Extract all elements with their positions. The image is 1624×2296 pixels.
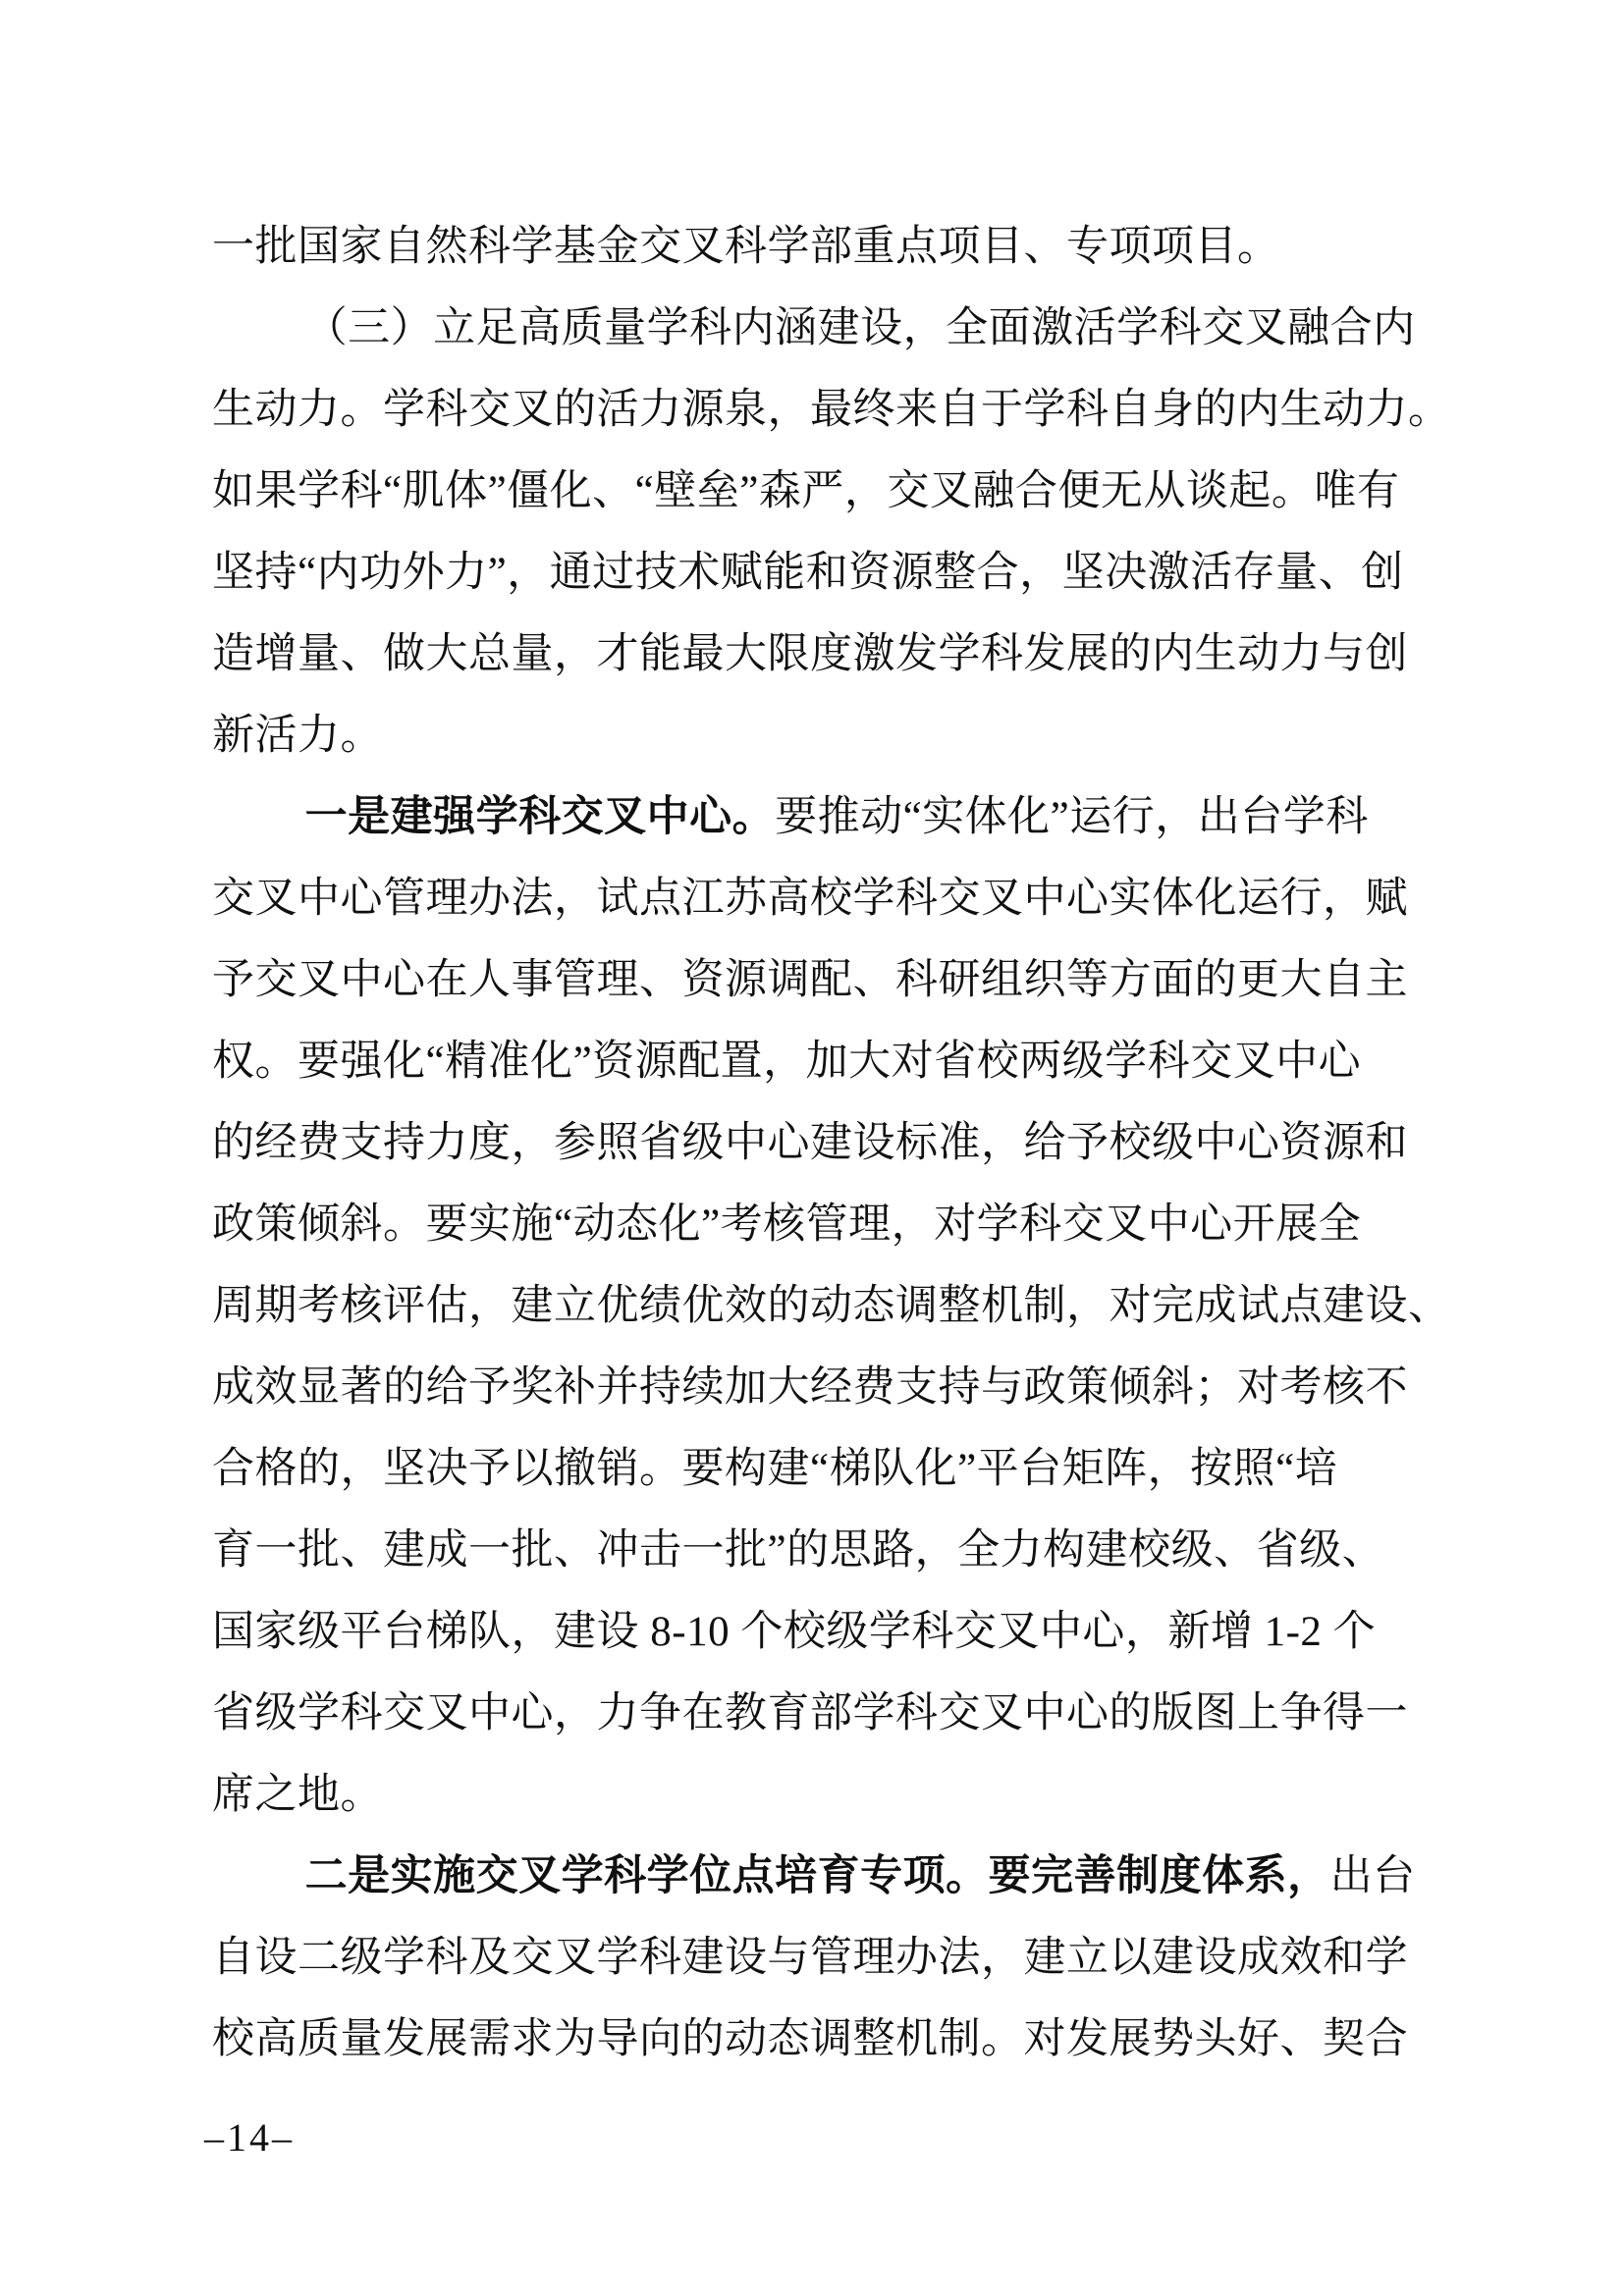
text-line: 坚持“内功外力”，通过技术赋能和资源整合，坚决激活存量、创 (212, 532, 1426, 614)
text-line: 二是实施交叉学科学位点培育专项。要完善制度体系，出台 (212, 1836, 1426, 1917)
text-line: 权。要强化“精准化”资源配置，加大对省校两级学科交叉中心 (212, 1021, 1426, 1102)
text-segment-body: 坚持“内功外力”，通过技术赋能和资源整合，坚决激活存量、创 (212, 550, 1404, 596)
text-segment-body: 新活力。 (212, 713, 383, 759)
text-segment-body: 校高质量发展需求为导向的动态调整机制。对发展势头好、契合 (212, 2016, 1408, 2062)
text-line: 成效显著的给予奖补并持续加大经费支持与政策倾斜；对考核不 (212, 1347, 1426, 1428)
text-segment-body: 省级学科交叉中心，力争在教育部学科交叉中心的版图上争得一 (212, 1690, 1408, 1736)
text-line: 省级学科交叉中心，力争在教育部学科交叉中心的版图上争得一 (212, 1673, 1426, 1754)
text-line: 交叉中心管理办法，试点江苏高校学科交叉中心实体化运行，赋 (212, 858, 1426, 939)
text-line: 自设二级学科及交叉学科建设与管理办法，建立以建设成效和学 (212, 1917, 1426, 1999)
text-line: 造增量、做大总量，才能最大限度激发学科发展的内生动力与创 (212, 614, 1426, 695)
text-line: 一批国家自然科学基金交叉科学部重点项目、专项项目。 (212, 206, 1426, 288)
text-line: （三）立足高质量学科内涵建设，全面激活学科交叉融合内 (212, 288, 1426, 369)
text-segment-body: 合格的，坚决予以撤销。要构建“梯队化”平台矩阵，按照“培 (212, 1446, 1337, 1492)
text-segment-body: 的经费支持力度，参照省级中心建设标准，给予校级中心资源和 (212, 1120, 1408, 1166)
text-segment-body: 交叉中心管理办法，试点江苏高校学科交叉中心实体化运行，赋 (212, 876, 1408, 922)
text-segment-body: 权。要强化“精准化”资源配置，加大对省校两级学科交叉中心 (212, 1039, 1361, 1085)
text-line: 席之地。 (212, 1754, 1426, 1836)
text-segment-kaiti: 生动力。 (212, 387, 383, 433)
text-line: 育一批、建成一批、冲击一批”的思路，全力构建校级、省级、 (212, 1510, 1426, 1591)
text-line: 国家级平台梯队，建设 8-10 个校级学科交叉中心，新增 1-2 个 (212, 1591, 1426, 1673)
text-line: 校高质量发展需求为导向的动态调整机制。对发展势头好、契合 (212, 1999, 1426, 2080)
text-segment-body: 席之地。 (212, 1772, 383, 1818)
text-segment-body: 国家级平台梯队，建设 8-10 个校级学科交叉中心，新增 1-2 个 (212, 1609, 1376, 1655)
text-segment-body: 要推动“实体化”运行，出台学科 (775, 794, 1369, 840)
text-line: 新活力。 (212, 695, 1426, 776)
text-line: 予交叉中心在人事管理、资源调配、科研组织等方面的更大自主 (212, 939, 1426, 1021)
text-segment-body: 出台 (1330, 1853, 1416, 1899)
text-line: 合格的，坚决予以撤销。要构建“梯队化”平台矩阵，按照“培 (212, 1428, 1426, 1510)
text-line: 的经费支持力度，参照省级中心建设标准，给予校级中心资源和 (212, 1102, 1426, 1184)
text-segment-body: 学科交叉的活力源泉，最终来自于学科自身的内生动力。 (383, 387, 1451, 433)
page-number: –14– (204, 2116, 295, 2160)
text-segment-body: 予交叉中心在人事管理、资源调配、科研组织等方面的更大自主 (212, 957, 1408, 1003)
text-segment-body: 造增量、做大总量，才能最大限度激发学科发展的内生动力与创 (212, 631, 1408, 677)
text-block: 一批国家自然科学基金交叉科学部重点项目、专项项目。（三）立足高质量学科内涵建设，… (212, 206, 1426, 2080)
document-page: 一批国家自然科学基金交叉科学部重点项目、专项项目。（三）立足高质量学科内涵建设，… (0, 0, 1624, 2296)
text-segment-bold: 二是实施交叉学科学位点培育专项。要完善制度体系， (305, 1852, 1330, 1899)
text-segment-bold: 一是建强学科交叉中心。 (305, 793, 776, 840)
text-segment-body: 如果学科“肌体”僵化、“壁垒”森严，交叉融合便无从谈起。唯有 (212, 468, 1399, 514)
text-line: 周期考核评估，建立优绩优效的动态调整机制，对完成试点建设、 (212, 1265, 1426, 1347)
text-line: 生动力。学科交叉的活力源泉，最终来自于学科自身的内生动力。 (212, 369, 1426, 451)
text-segment-body: 育一批、建成一批、冲击一批”的思路，全力构建校级、省级、 (212, 1527, 1384, 1574)
text-line: 如果学科“肌体”僵化、“壁垒”森严，交叉融合便无从谈起。唯有 (212, 451, 1426, 532)
text-segment-body: 成效显著的给予奖补并持续加大经费支持与政策倾斜；对考核不 (212, 1364, 1408, 1411)
text-segment-body: 自设二级学科及交叉学科建设与管理办法，建立以建设成效和学 (212, 1935, 1408, 1981)
text-segment-body: 周期考核评估，建立优绩优效的动态调整机制，对完成试点建设、 (212, 1283, 1451, 1329)
text-segment-kaiti: （三）立足高质量学科内涵建设，全面激活学科交叉融合内 (305, 305, 1416, 351)
text-line: 一是建强学科交叉中心。要推动“实体化”运行，出台学科 (212, 776, 1426, 858)
text-segment-body: 一批国家自然科学基金交叉科学部重点项目、专项项目。 (212, 224, 1280, 270)
text-segment-body: 政策倾斜。要实施“动态化”考核管理，对学科交叉中心开展全 (212, 1201, 1361, 1248)
text-line: 政策倾斜。要实施“动态化”考核管理，对学科交叉中心开展全 (212, 1184, 1426, 1265)
